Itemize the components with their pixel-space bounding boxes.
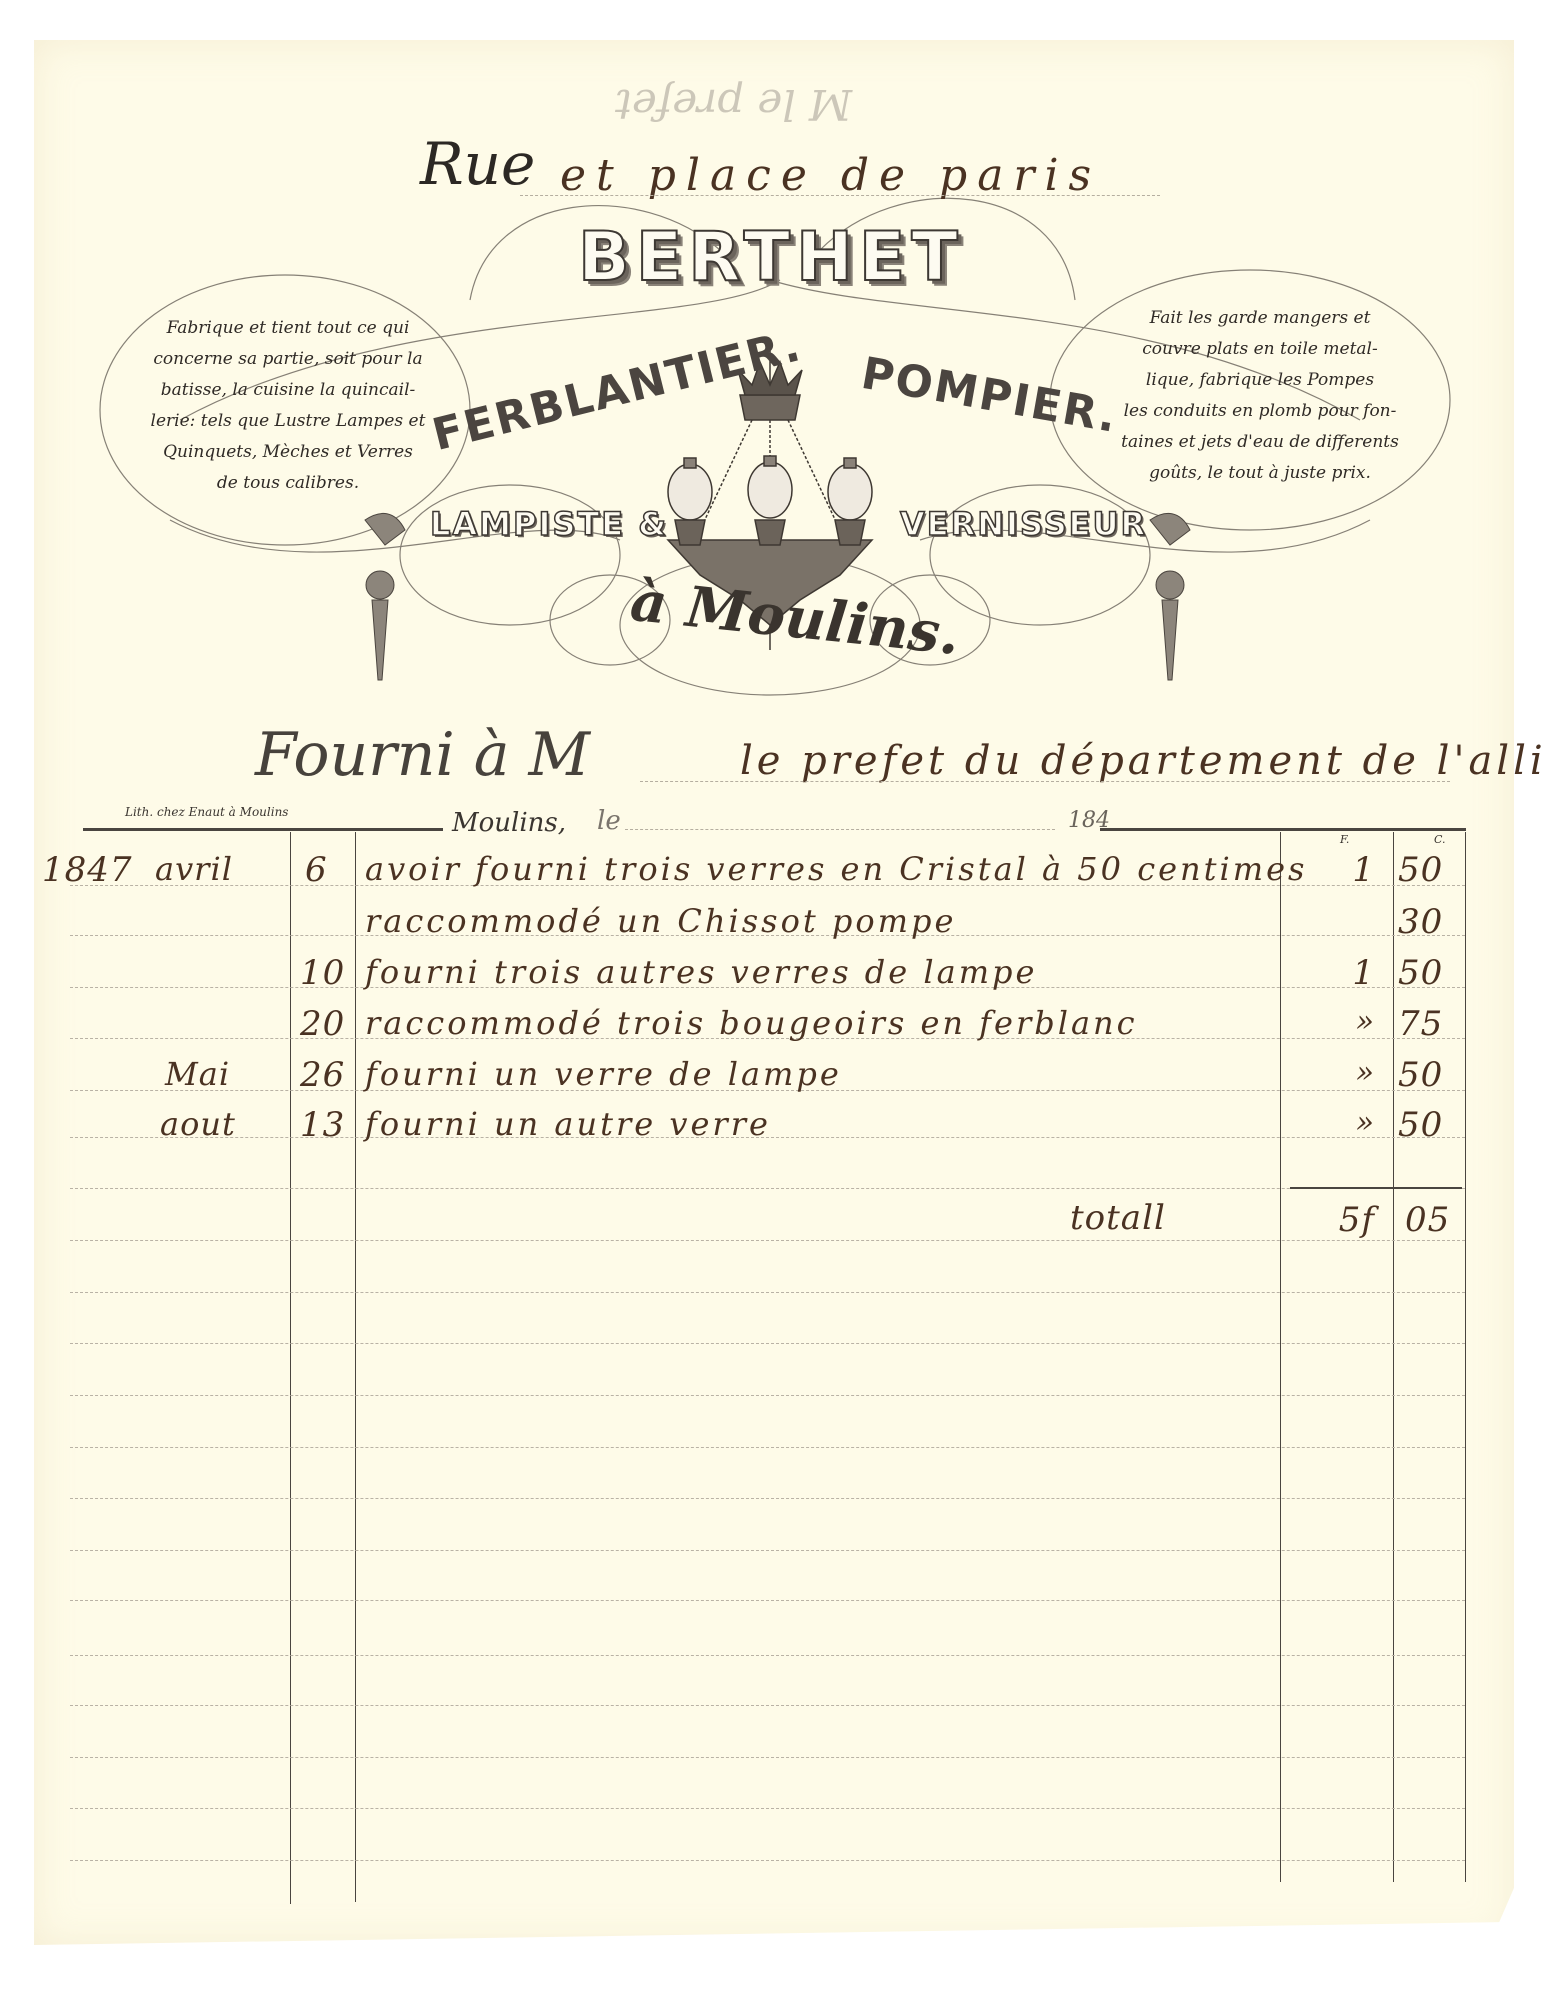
address-rule (520, 195, 1160, 196)
ledger-rule (70, 1808, 1465, 1809)
item-francs: » (1285, 1004, 1375, 1039)
ledger-rule (70, 1395, 1465, 1396)
header-rule-left (83, 828, 443, 831)
ledger-rule (70, 1498, 1465, 1499)
pencil-annotation: M le prefet (615, 80, 852, 129)
trade-lampiste: LAMPISTE & (430, 505, 668, 543)
date-rule (625, 829, 1055, 830)
flourish-ornaments-icon (0, 0, 1543, 2000)
date-le-label: le (597, 806, 621, 836)
item-centimes: 50 (1398, 1105, 1468, 1145)
column-header-francs: F. (1340, 833, 1349, 846)
ledger-rule (70, 1757, 1465, 1758)
item-description: raccommodé trois bougeoirs en ferblanc (365, 1004, 1138, 1042)
ledger-rule (70, 1343, 1465, 1344)
ledger-rule (70, 1188, 1465, 1189)
item-month: aout (160, 1105, 236, 1143)
item-description: fourni un autre verre (365, 1105, 771, 1143)
ledger-rule (70, 1550, 1465, 1551)
item-description: fourni un verre de lampe (365, 1055, 842, 1093)
trade-vernisseur: VERNISSEUR (900, 505, 1147, 543)
total-francs: 5f (1285, 1200, 1375, 1240)
ledger-rule (70, 1292, 1465, 1293)
left-blurb: Fabrique et tient tout ce qui concerne s… (138, 313, 438, 499)
column-divider-francs (1280, 832, 1281, 1882)
item-francs: 1 (1285, 953, 1375, 993)
column-divider-centimes (1393, 832, 1394, 1882)
item-month: avril (155, 850, 233, 888)
address-printed: Rue (420, 130, 535, 198)
item-description: fourni trois autres verres de lampe (365, 953, 1037, 991)
item-day: 10 (300, 953, 345, 993)
ledger-rule (70, 1705, 1465, 1706)
item-centimes: 50 (1398, 850, 1468, 890)
item-day: 20 (300, 1004, 345, 1044)
item-description: avoir fourni trois verres en Cristal à 5… (365, 850, 1307, 888)
ledger-rule (70, 1600, 1465, 1601)
item-centimes: 50 (1398, 953, 1468, 993)
item-francs: » (1285, 1105, 1375, 1140)
ledger-rule (70, 1240, 1465, 1241)
item-francs: 1 (1285, 850, 1375, 890)
item-day: 26 (300, 1055, 345, 1095)
item-description: raccommodé un Chissot pompe (365, 902, 956, 940)
item-month: Mai (165, 1055, 230, 1093)
right-blurb: Fait les garde mangers et couvre plats e… (1110, 303, 1410, 489)
item-francs: » (1285, 1055, 1375, 1090)
place-label: Moulins, (452, 808, 566, 838)
lithographer-imprint: Lith. chez Enaut à Moulins (125, 805, 288, 819)
recipient-rule (640, 781, 1450, 782)
item-day: 13 (300, 1105, 345, 1145)
header-rule-right (1100, 828, 1466, 831)
recipient-label: Fourni à M (255, 720, 590, 790)
item-centimes: 30 (1398, 902, 1468, 942)
total-centimes: 05 (1405, 1200, 1475, 1240)
item-day: 6 (305, 850, 328, 890)
item-centimes: 75 (1398, 1004, 1468, 1044)
merchant-name: BERTHET (578, 218, 964, 297)
subtotal-line (1290, 1187, 1462, 1189)
recipient-value: le prefet du département de l'allier (740, 738, 1543, 784)
total-label: totall (1070, 1198, 1166, 1238)
ledger-rule (70, 1447, 1465, 1448)
column-divider-date (290, 832, 291, 1904)
item-year: 1847 (42, 850, 133, 890)
ledger-rule (70, 1860, 1465, 1861)
column-divider-day (355, 832, 356, 1902)
ledger-rule (70, 1655, 1465, 1656)
item-centimes: 50 (1398, 1055, 1468, 1095)
column-header-centimes: C. (1434, 833, 1446, 846)
address-handwritten: et place de paris (560, 150, 1101, 201)
